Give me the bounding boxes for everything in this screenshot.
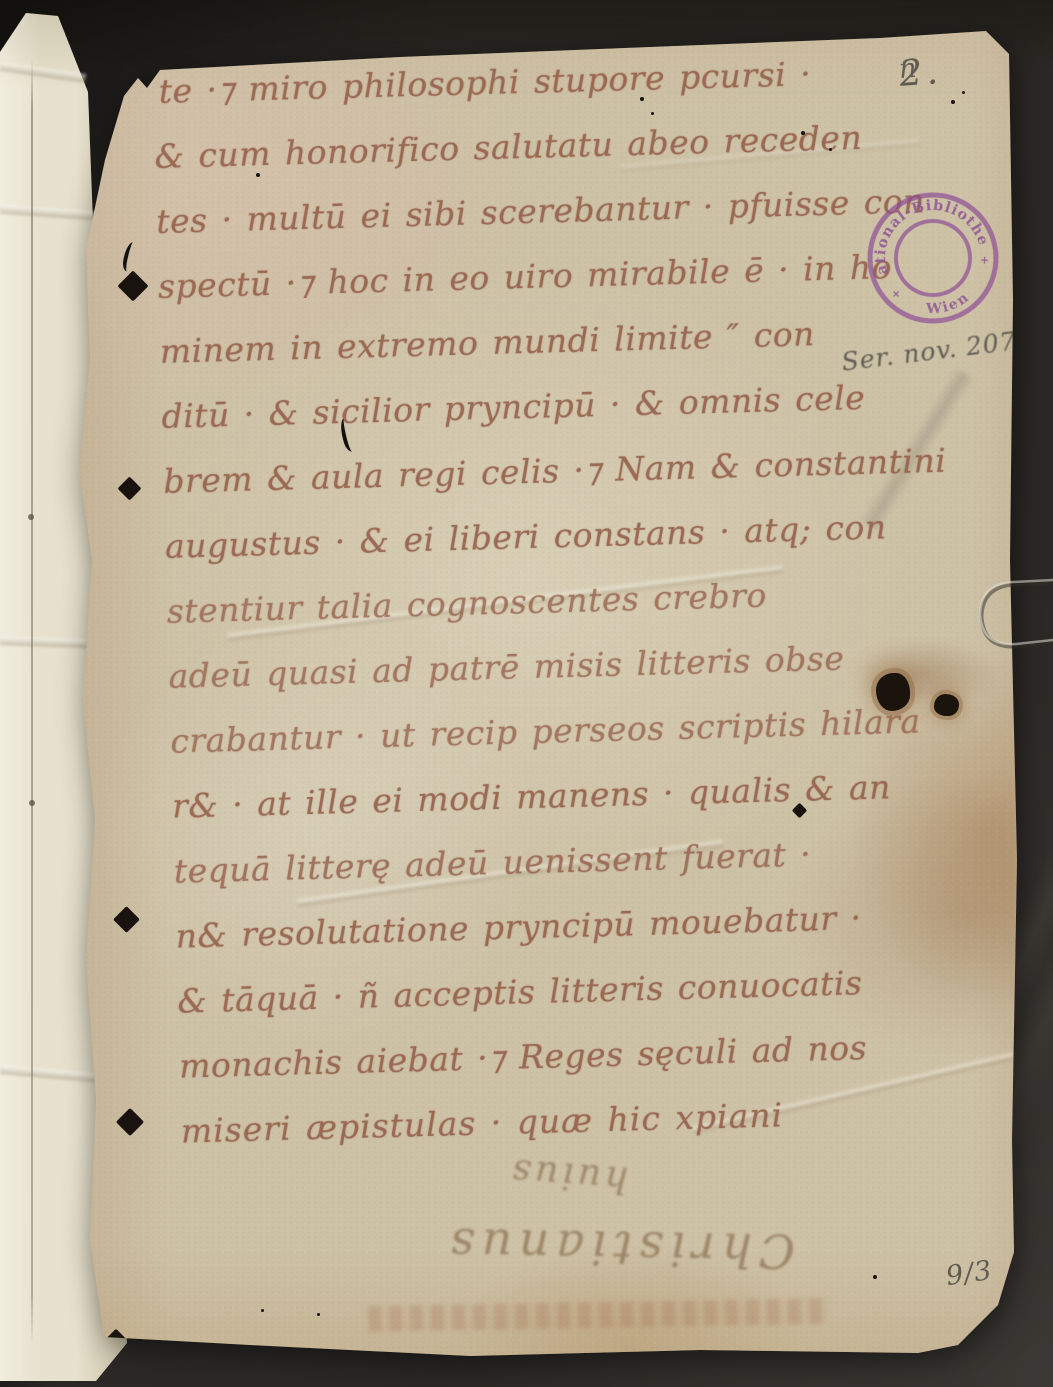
ink-fleck [317,1313,320,1316]
pen-trial-upside-down: Christianus [235,1213,796,1278]
transparent-clip-loop [968,558,1053,668]
parchment-hole [876,673,910,711]
manuscript-photo: te ·⁊ miro philosophi stupore pcursi · &… [0,0,1053,1387]
ink-fleck [873,1275,877,1279]
ink-fleck [962,91,965,94]
parchment-page: te ·⁊ miro philosophi stupore pcursi · &… [0,0,1053,1387]
ink-fleck [256,173,260,177]
ink-fleck [261,1309,264,1312]
stamp-side-mark: + [975,251,994,268]
ink-fleck [829,148,832,151]
ink-fleck [651,112,654,115]
ink-fleck [801,131,805,135]
ink-fleck [640,97,644,101]
parchment-hole [934,694,959,716]
parchment-wrapper: te ·⁊ miro philosophi stupore pcursi · &… [0,0,1053,1387]
folio-digit: 2. [898,51,943,95]
ink-fleck [951,100,955,104]
corner-mark-annotation: 9/3 [944,1255,994,1292]
